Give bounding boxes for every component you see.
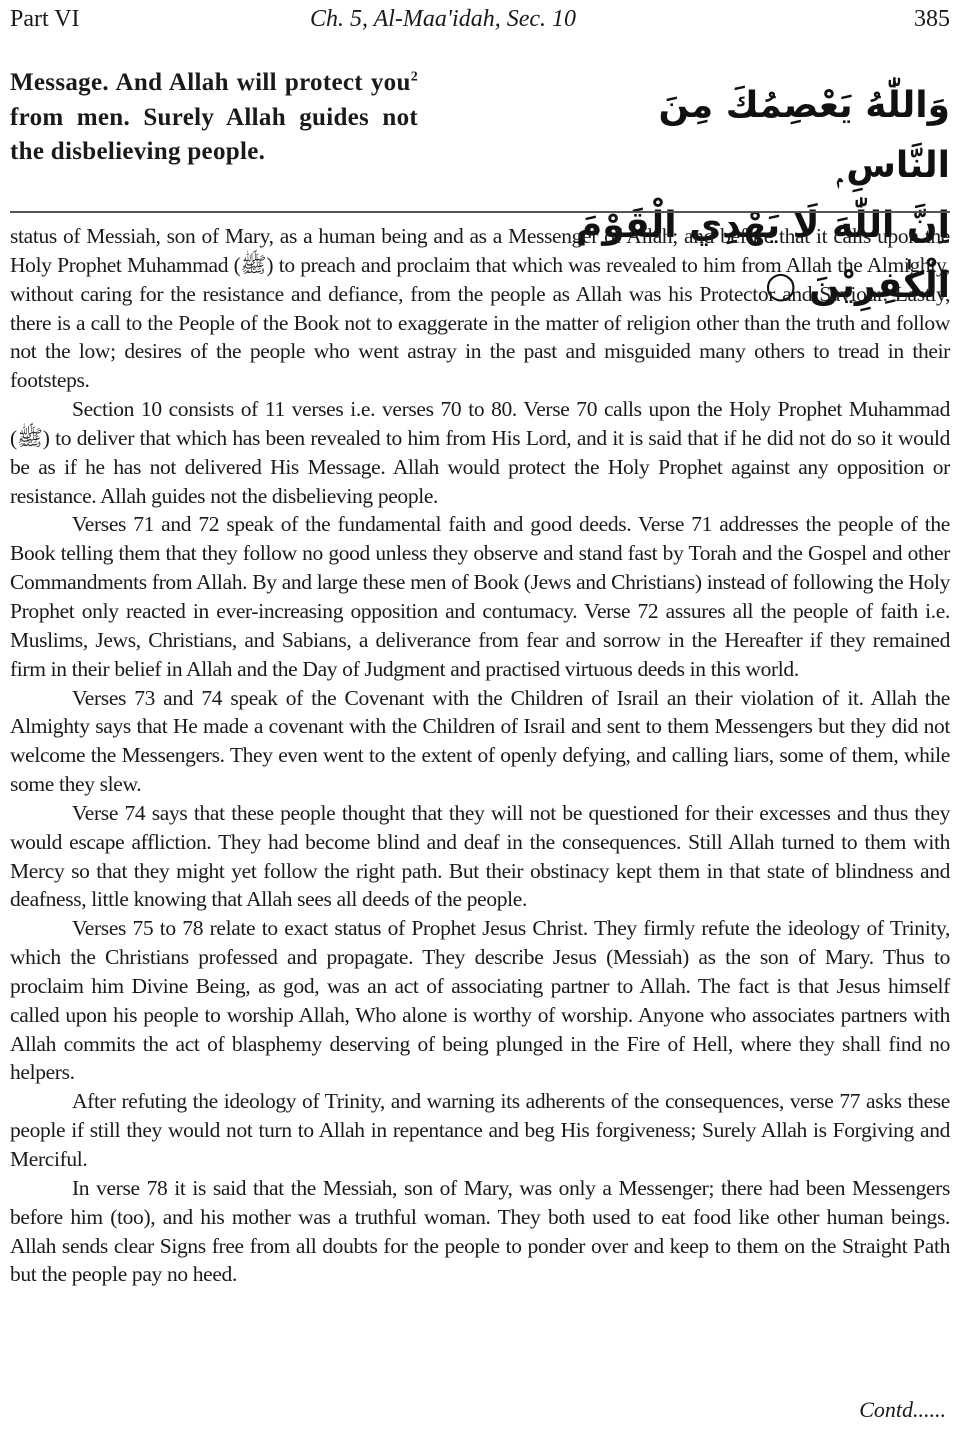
running-header: Part VI Ch. 5, Al-Maa'idah, Sec. 10 385 — [10, 2, 950, 36]
verse-translation: Message. And Allah will protect you2 fro… — [10, 66, 418, 170]
paragraph: After refuting the ideology of Trinity, … — [10, 1087, 950, 1174]
paragraph: Verses 75 to 78 relate to exact status o… — [10, 914, 950, 1087]
commentary-body: status of Messiah, son of Mary, as a hum… — [10, 222, 950, 1289]
page-number: 385 — [914, 2, 950, 36]
paragraph: Verse 74 says that these people thought … — [10, 799, 950, 914]
paragraph: Section 10 consists of 11 verses i.e. ve… — [10, 395, 950, 510]
verse-translation-part-1: Message. And Allah will protect you — [10, 69, 411, 96]
paragraph: In verse 78 it is said that the Messiah,… — [10, 1174, 950, 1289]
continued-label: Contd...... — [859, 1395, 946, 1425]
paragraph: Verses 71 and 72 speak of the fundamenta… — [10, 510, 950, 683]
verse-translation-part-2: from men. Surely Allah guides not the di… — [10, 104, 418, 166]
arabic-line-1: وَاللّٰهُ يَعْصِمُكَ مِنَ النَّاسِ ۭ — [550, 76, 950, 196]
chapter-title: Ch. 5, Al-Maa'idah, Sec. 10 — [310, 2, 576, 36]
part-label: Part VI — [10, 2, 80, 36]
verse-block: Message. And Allah will protect you2 fro… — [10, 66, 950, 206]
section-divider — [10, 211, 950, 213]
paragraph: status of Messiah, son of Mary, as a hum… — [10, 222, 950, 395]
footnote-marker: 2 — [411, 70, 418, 85]
paragraph: Verses 73 and 74 speak of the Covenant w… — [10, 684, 950, 799]
